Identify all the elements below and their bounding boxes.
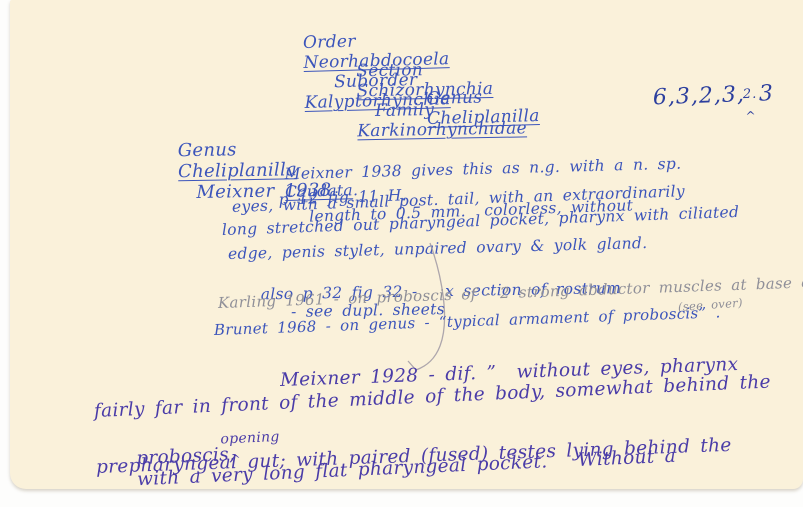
title-genus-label: Genus (178, 139, 237, 161)
scanned-page: { "inks": { "header_body_blue": "#3c55bb… (0, 0, 803, 507)
caret-mark: ^ (745, 109, 757, 123)
genus-value: Cheliplanilla (427, 106, 540, 129)
pencil-stroke (372, 240, 472, 382)
header-line-genus: Genus Cheliplanilla (387, 66, 541, 150)
inserted-word-opening: opening (220, 429, 280, 448)
catalog-insert-value: 2. (743, 87, 758, 102)
catalog-number: 6,3,2,3,2.^3 (604, 56, 775, 137)
genus-label: Genus (426, 88, 482, 109)
catalog-prefix: 6,3,2,3, (653, 82, 746, 110)
index-card: Order Neorhabdocoela Suborder Kalyptorhy… (10, 0, 803, 489)
catalog-suffix: 3 (758, 81, 774, 107)
